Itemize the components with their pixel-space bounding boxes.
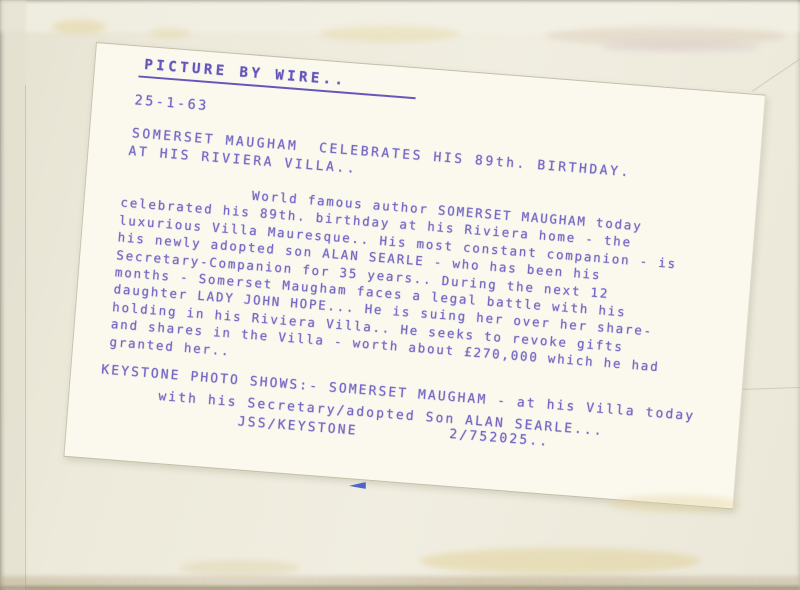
caption-body: World famous author SOMERSET MAUGHAM tod… — [109, 176, 680, 393]
ink-smudge — [150, 28, 190, 38]
caption-slip: PICTURE BY WIRE.. 25-1-63 SOMERSET MAUGH… — [63, 42, 766, 509]
backing-paper-edge — [25, 85, 26, 590]
paper-crease — [752, 49, 800, 91]
ink-smudge — [320, 26, 460, 42]
photo-bottom-edge — [0, 586, 800, 590]
age-stain — [180, 560, 300, 576]
picture-by-wire-stamp: PICTURE BY WIRE.. — [138, 56, 417, 99]
paper-left-band — [0, 0, 26, 590]
ink-smudge — [52, 20, 106, 34]
age-stain — [610, 495, 740, 513]
ghost-ink-smudge — [600, 42, 760, 52]
press-photo-back: PICTURE BY WIRE.. 25-1-63 SOMERSET MAUGH… — [0, 0, 800, 590]
paper-crease — [740, 387, 800, 390]
age-stain — [420, 548, 700, 574]
blue-pen-mark — [349, 482, 366, 489]
date: 25-1-63 — [134, 92, 209, 114]
